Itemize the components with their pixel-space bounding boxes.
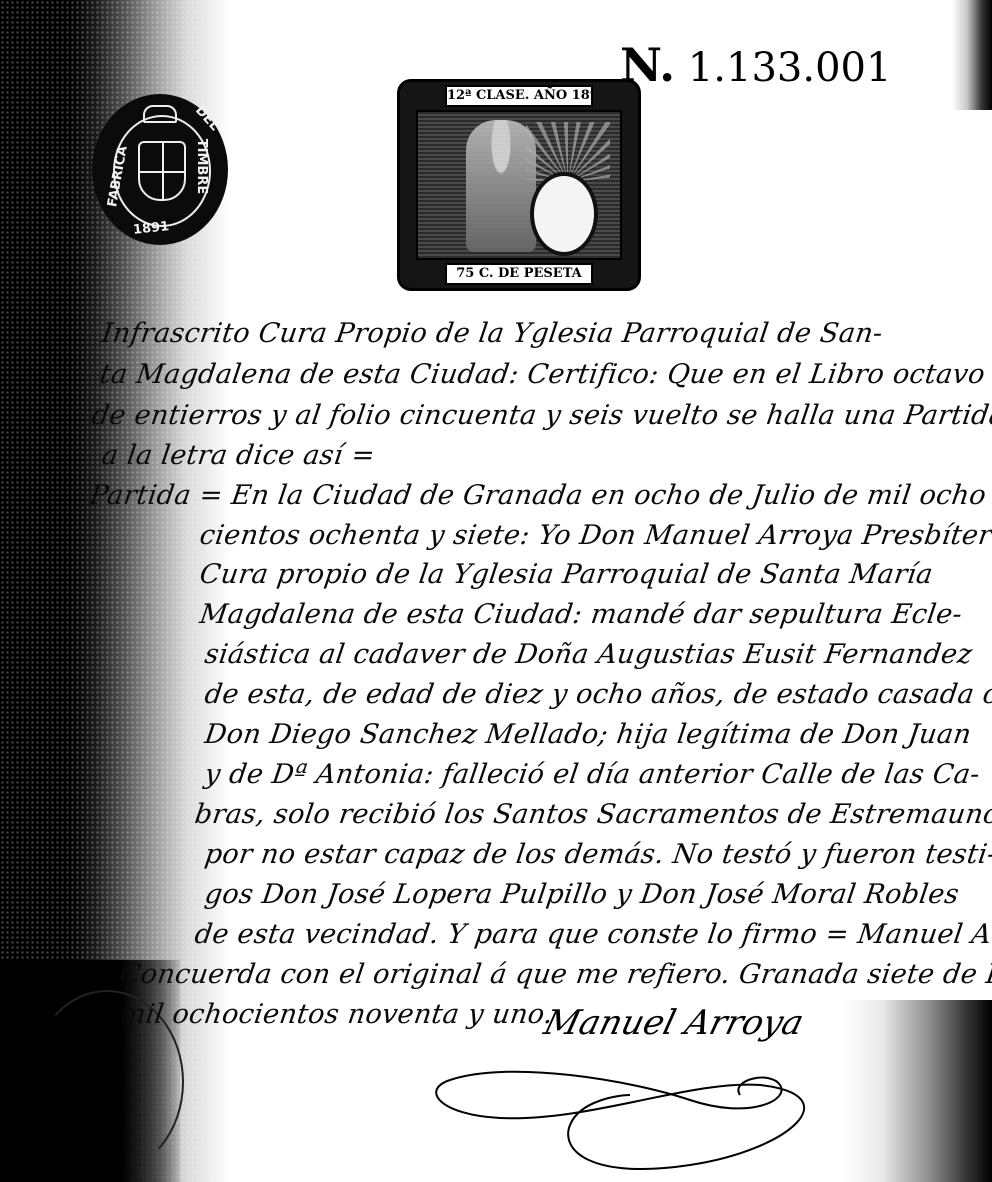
body-line: gos Don José Lopera Pulpillo y Don José … [203,879,961,910]
body-line: y de Dª Antonia: falleció el día anterio… [203,759,982,790]
manuscript-body: Infrascrito Cura Propio de la Yglesia Pa… [0,0,992,1182]
body-line: de esta, de edad de diez y ocho años, de… [203,679,992,710]
body-line: por no estar capaz de los demás. No test… [203,839,992,870]
signature-flourish-icon [430,1040,830,1180]
body-line: ta Magdalena de esta Ciudad: Certifico: … [98,359,987,390]
body-line: de entierros y al folio cincuenta y seis… [90,400,992,431]
body-line: Don Diego Sanchez Mellado; hija legítima… [203,719,974,750]
body-line: cientos ochenta y siete: Yo Don Manuel A… [198,520,992,551]
body-line: a la letra dice así = [100,440,377,471]
body-line: Partida = En la Ciudad de Granada en och… [88,480,988,511]
body-line: mil ochocientos noventa y uno. [118,999,555,1030]
body-line: bras, solo recibió los Santos Sacramento… [193,799,992,830]
body-line: Cura propio de la Yglesia Parroquial de … [198,559,935,590]
body-line: siástica al cadaver de Doña Augustias Eu… [203,639,974,670]
body-line: Magdalena de esta Ciudad: mandé dar sepu… [198,599,964,630]
body-line: Infrascrito Cura Propio de la Yglesia Pa… [100,318,885,349]
body-line: de esta vecindad. Y para que conste lo f… [193,919,992,950]
body-line: Concuerda con el original á que me refie… [118,959,992,990]
signature: Manuel Arroya [540,1003,808,1043]
